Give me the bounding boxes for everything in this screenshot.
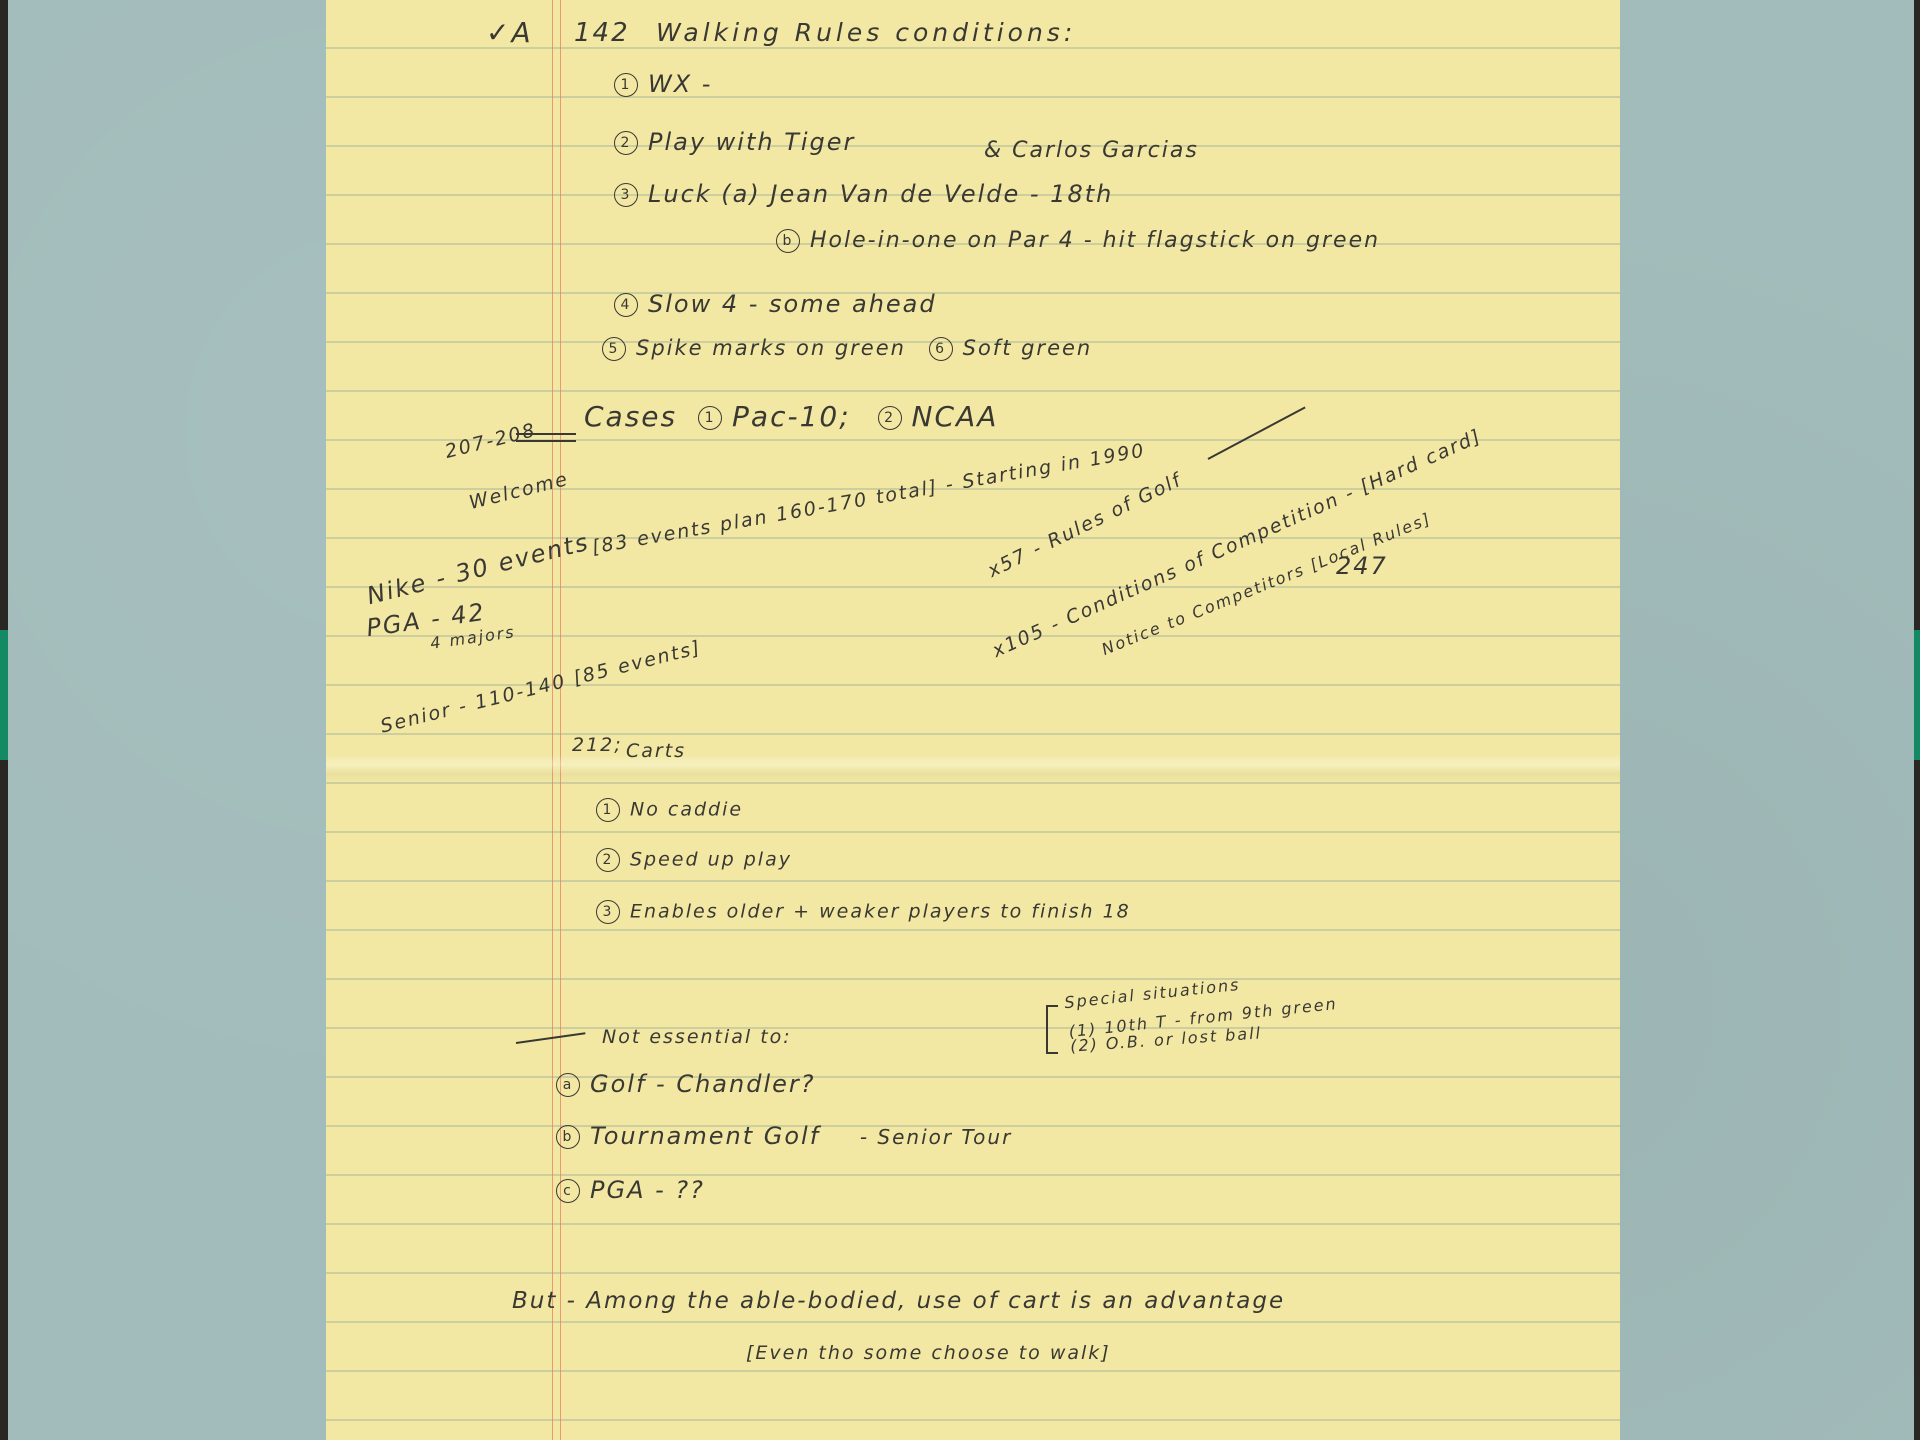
cases-line: Cases 1Pac-10; 2NCAA [584, 400, 998, 433]
list-item: 1WX - [614, 70, 712, 98]
item-text: No caddie [630, 799, 743, 821]
item-text: Hole-in-one on Par 4 - hit flagstick on … [810, 228, 1380, 253]
welcome-note: Welcome [467, 468, 571, 514]
item-number: 1 [614, 73, 638, 97]
item-number: 6 [929, 337, 953, 361]
paper-fold [326, 755, 1620, 783]
page-title: Walking Rules conditions: [656, 18, 1076, 47]
item-text: Slow 4 - some ahead [648, 290, 937, 318]
list-item: bTournament Golf - Senior Tour [556, 1122, 1012, 1150]
item-text: Tournament Golf [590, 1122, 820, 1150]
item-text: WX - [648, 70, 712, 98]
bracket [1046, 1005, 1058, 1054]
item-number: 5 [602, 337, 626, 361]
color-calibration-swatch [1914, 630, 1920, 760]
list-item: 1No caddie [596, 798, 743, 822]
scan-edge-left [0, 0, 8, 1440]
list-item-aside: & Carlos Garcias [984, 138, 1199, 163]
item-text: NCAA [912, 400, 999, 433]
item-text: Play with Tiger [648, 128, 855, 156]
legal-pad-page: ✓A 142 Walking Rules conditions: 1WX - 2… [326, 0, 1620, 1440]
item-text: Enables older + weaker players to finish… [630, 901, 1131, 923]
margin-line [560, 0, 561, 1440]
list-item: 4Slow 4 - some ahead [614, 290, 937, 318]
conclusion-line: But - Among the able-bodied, use of cart… [512, 1288, 1285, 1314]
senior-stat: Senior - 110-140 [85 events] [378, 636, 703, 737]
color-calibration-swatch [0, 630, 8, 760]
item-number: 2 [614, 131, 638, 155]
item-number: c [556, 1179, 580, 1203]
double-underline [516, 440, 576, 442]
item-text: Pac-10; [732, 400, 851, 433]
item-aside: - Senior Tour [860, 1125, 1013, 1149]
list-item: aGolf - Chandler? [556, 1070, 815, 1098]
item-number: 1 [698, 406, 722, 430]
scan-edge-right [1914, 0, 1920, 1440]
list-item: 2Play with Tiger [614, 128, 855, 156]
item-text: Spike marks on green [636, 336, 906, 360]
list-item: 3Enables older + weaker players to finis… [596, 900, 1131, 924]
rules-x57: x57 - Rules of Golf [984, 469, 1185, 582]
list-item: 3Luck (a) Jean Van de Velde - 18th [614, 180, 1113, 208]
item-number: 3 [614, 183, 638, 207]
carts-ref: 212; [572, 734, 623, 756]
item-text: Speed up play [630, 849, 792, 871]
item-text: Golf - Chandler? [590, 1070, 815, 1098]
conclusion-note: [Even tho some choose to walk] [746, 1342, 1111, 1364]
not-essential-heading: Not essential to: [602, 1026, 792, 1048]
margin-line [552, 0, 553, 1440]
list-item: 5Spike marks on green 6Soft green [602, 336, 1092, 361]
item-number: b [776, 229, 800, 253]
rules-page-ref: 247 [1336, 552, 1388, 580]
item-text: Soft green [963, 336, 1093, 360]
item-number: 3 [596, 900, 620, 924]
item-text: Luck (a) Jean Van de Velde - 18th [648, 180, 1113, 208]
header-number: 142 [574, 18, 630, 48]
item-number: 2 [878, 406, 902, 430]
list-item: cPGA - ?? [556, 1176, 705, 1204]
check-mark: ✓A [486, 16, 533, 49]
item-number: b [556, 1125, 580, 1149]
cases-label: Cases [584, 400, 677, 433]
double-underline [516, 433, 576, 435]
item-number: a [556, 1073, 580, 1097]
arrow-stroke [516, 1032, 586, 1044]
list-item: bHole-in-one on Par 4 - hit flagstick on… [776, 228, 1380, 253]
pen-stroke [1208, 406, 1306, 459]
carts-label: Carts [626, 740, 686, 762]
item-number: 1 [596, 798, 620, 822]
item-number: 4 [614, 293, 638, 317]
item-text: PGA - ?? [590, 1176, 705, 1204]
list-item: 2Speed up play [596, 848, 792, 872]
item-number: 2 [596, 848, 620, 872]
